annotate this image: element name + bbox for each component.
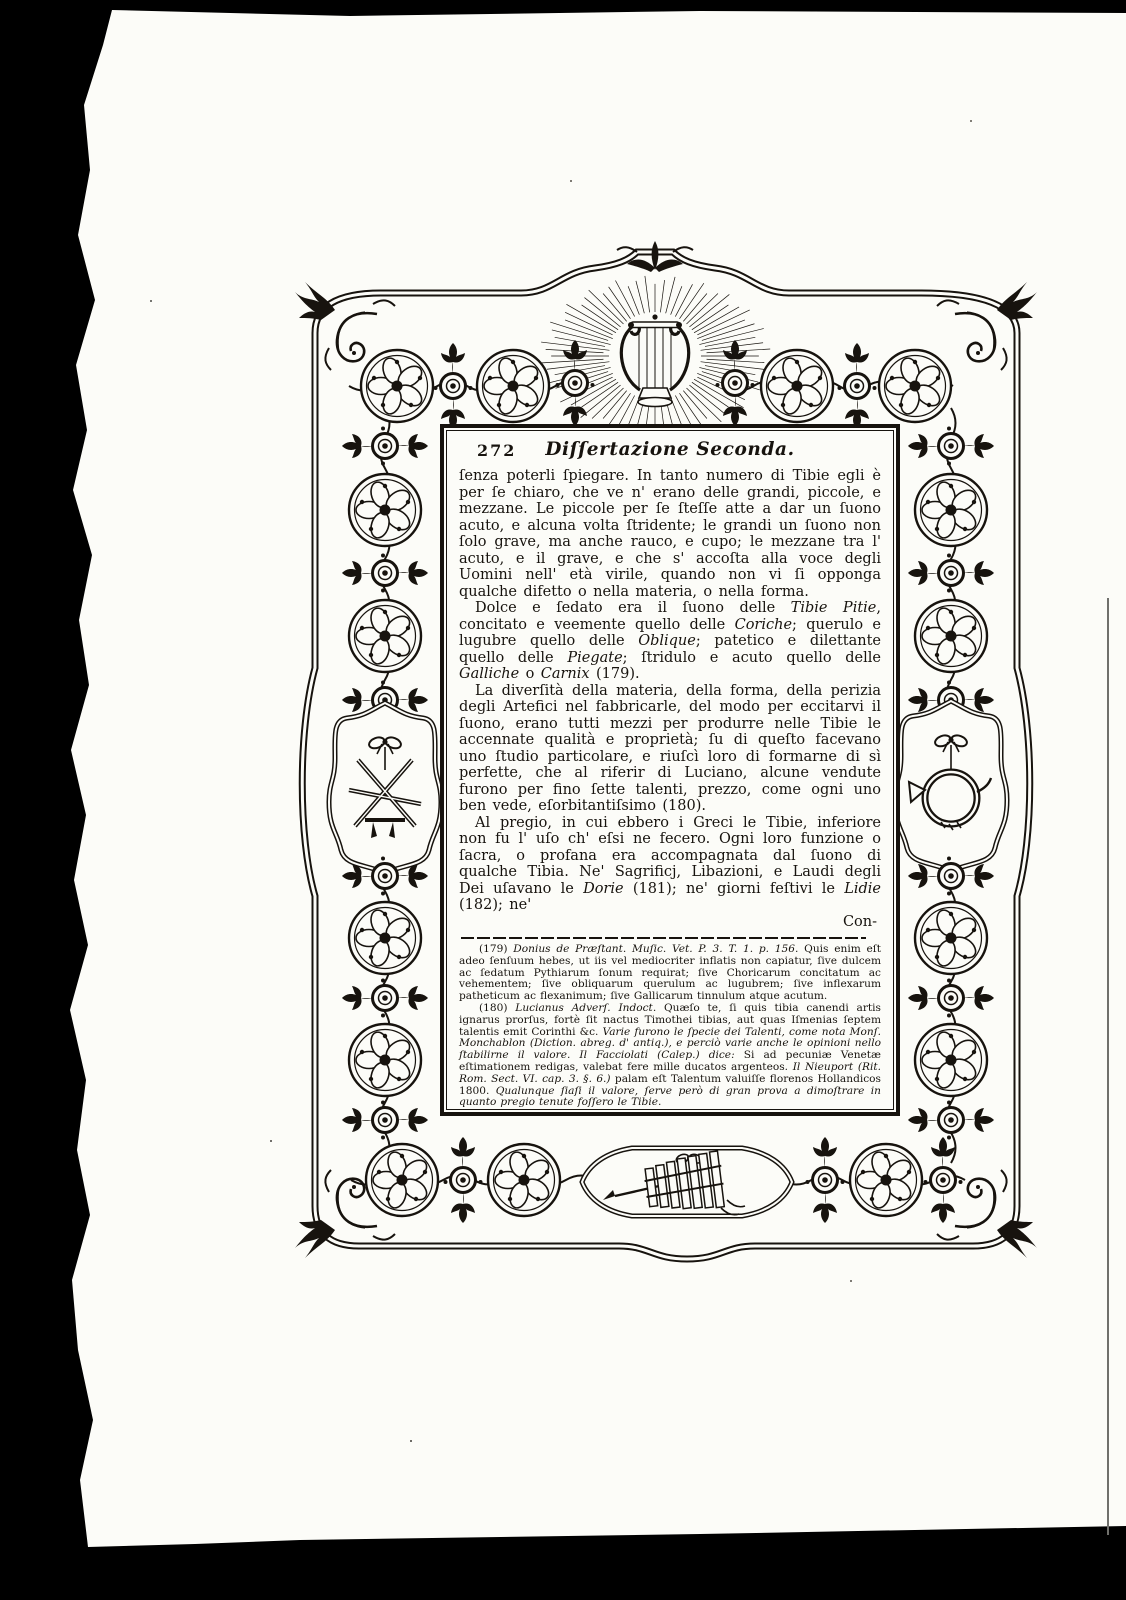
ring-tulip-icon xyxy=(434,343,473,429)
catchword: Con- xyxy=(459,914,881,930)
text-frame: 272 Diſſertazione Seconda. ſenza poterli… xyxy=(440,424,900,1116)
body-paragraph: ſenza poterli ſpiegare. In tanto numero … xyxy=(459,468,881,600)
ring-tulip-icon xyxy=(908,979,994,1018)
ring-tulip-icon xyxy=(908,1101,994,1140)
rosette-icon xyxy=(349,902,421,974)
text-frame-inner: 272 Diſſertazione Seconda. ſenza poterli… xyxy=(446,430,894,1110)
rosette-icon xyxy=(488,1144,560,1216)
page-header: 272 Diſſertazione Seconda. xyxy=(459,439,881,465)
ring-tulip-icon xyxy=(342,979,428,1018)
ring-tulip-icon xyxy=(342,554,428,593)
footnote: (180) Lucianus Adverſ. Indoct. Quæſo te,… xyxy=(459,1003,881,1109)
rosette-icon xyxy=(349,1024,421,1096)
ring-tulip-icon xyxy=(924,1137,963,1223)
footnotes: (179) Donius de Præſtant. Muſic. Vet. P.… xyxy=(459,944,881,1110)
body-paragraph: Al pregio, in cui ebbero i Greci le Tibi… xyxy=(459,815,881,914)
rosette-icon xyxy=(349,474,421,546)
crossed-tibiae-trophy-icon xyxy=(329,703,441,873)
rosette-icon xyxy=(761,350,833,422)
ring-tulip-icon xyxy=(342,1101,428,1140)
body-text: ſenza poterli ſpiegare. In tanto numero … xyxy=(459,468,881,914)
rosette-icon xyxy=(915,902,987,974)
ring-tulip-icon xyxy=(342,427,428,466)
running-title: Diſſertazione Seconda. xyxy=(459,439,881,460)
rosette-icon xyxy=(349,600,421,672)
paper-speckles xyxy=(150,300,152,302)
ring-tulip-icon xyxy=(556,340,595,426)
ring-tulip-icon xyxy=(444,1137,483,1223)
rosette-icon xyxy=(915,474,987,546)
page-number: 272 xyxy=(477,441,516,460)
scanned-book-page: 272 Diſſertazione Seconda. ſenza poterli… xyxy=(0,0,1126,1600)
ring-tulip-icon xyxy=(908,427,994,466)
rosette-icon xyxy=(366,1144,438,1216)
page-fold-line xyxy=(1107,598,1109,1535)
rosette-icon xyxy=(915,1024,987,1096)
body-paragraph: Dolce e ſedato era il ſuono delle Tibie … xyxy=(459,600,881,683)
rosette-icon xyxy=(477,350,549,422)
footnote: (181) Iſa. Voſſius de Poem. Cantu p. 117… xyxy=(459,1109,881,1110)
body-paragraph: La diverſità della materia, della forma,… xyxy=(459,683,881,815)
lyre-icon xyxy=(609,312,701,407)
hunting-horn-trophy-icon xyxy=(895,701,1007,871)
rosette-icon xyxy=(879,350,951,422)
footnote-rule xyxy=(461,937,866,940)
panpipes-trophy-icon xyxy=(582,1148,792,1216)
rosette-icon xyxy=(915,600,987,672)
ring-tulip-icon xyxy=(908,554,994,593)
ring-tulip-icon xyxy=(716,340,755,426)
rosette-icon xyxy=(361,350,433,422)
footnote: (179) Donius de Præſtant. Muſic. Vet. P.… xyxy=(459,944,881,1003)
ring-tulip-icon xyxy=(838,343,877,429)
rosette-icon xyxy=(850,1144,922,1216)
ring-tulip-icon xyxy=(806,1137,845,1223)
